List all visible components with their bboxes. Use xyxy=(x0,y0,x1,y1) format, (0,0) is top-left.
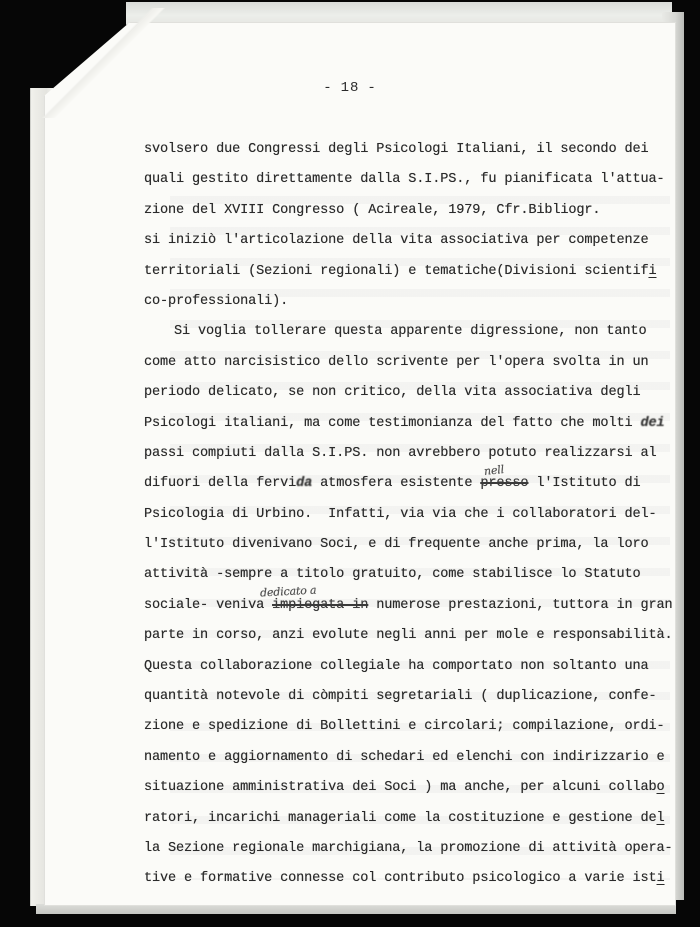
text-line: parte in corso, anzi evolute negli anni … xyxy=(144,621,684,651)
text-line: la Sezione regionale marchigiana, la pro… xyxy=(144,834,684,864)
underlined-char: l xyxy=(657,811,665,826)
text-line: territoriali (Sezioni regionali) e temat… xyxy=(144,257,684,287)
underlined-char: i xyxy=(657,871,665,886)
underlined-char: i xyxy=(648,264,656,279)
page-number: -18- xyxy=(0,80,700,96)
text-line: come atto narcisistico dello scrivente p… xyxy=(144,348,684,378)
page-stack-top-edge xyxy=(126,2,672,25)
text-segment: difuori della fervi xyxy=(144,476,296,491)
text-line: periodo delicato, se non critico, della … xyxy=(144,378,684,408)
text-segment: Psicologi italiani, ma come testimonianz… xyxy=(144,416,640,431)
text-line: ratori, incarichi manageriali come la co… xyxy=(144,804,684,834)
text-segment: situazione amministrativa dei Soci ) ma … xyxy=(144,780,657,795)
text-segment: atmosfera esistente xyxy=(312,476,480,491)
page-number-dash-right: - xyxy=(367,80,376,96)
underlined-char: o xyxy=(657,780,665,795)
handwritten-correction: dedicato a xyxy=(260,584,317,598)
text-line: Psicologi italiani, ma come testimonianz… xyxy=(144,409,684,439)
text-line: Questa collaborazione collegiale ha comp… xyxy=(144,652,684,682)
text-line: svolsero due Congressi degli Psicologi I… xyxy=(144,135,684,165)
text-segment: territoriali (Sezioni regionali) e temat… xyxy=(144,264,648,279)
scanned-document-stage: -18- svolsero due Congressi degli Psicol… xyxy=(0,0,700,927)
text-line: zione del XVIII Congresso ( Acireale, 19… xyxy=(144,196,684,226)
overstruck-letters: da xyxy=(296,469,312,499)
text-segment: ratori, incarichi manageriali come la co… xyxy=(144,811,657,826)
text-line: co-professionali). xyxy=(144,287,684,317)
text-line: namento e aggiornamento di schedari ed e… xyxy=(144,743,684,773)
text-line: tive e formative connesse col contributo… xyxy=(144,864,684,894)
text-line: passi compiuti dalla S.I.PS. non avrebbe… xyxy=(144,439,684,469)
text-line: l'Istituto divenivano Soci, e di frequen… xyxy=(144,530,684,560)
text-segment: tive e formative connesse col contributo… xyxy=(144,871,657,886)
text-line: si iniziò l'articolazione della vita ass… xyxy=(144,226,684,256)
page-number-value: 18 xyxy=(341,80,360,96)
text-line-with-correction: sociale- veniva impiegata in numerose pr… xyxy=(144,591,684,621)
struck-words: impiegata in xyxy=(272,598,368,613)
text-line: quali gestito direttamente dalla S.I.PS.… xyxy=(144,165,684,195)
smudged-word: dei xyxy=(640,409,664,439)
text-line: attività -sempre a titolo gratuito, come… xyxy=(144,560,684,590)
page-number-dash-left: - xyxy=(323,80,332,96)
text-segment: sociale- veniva xyxy=(144,598,272,613)
text-line: situazione amministrativa dei Soci ) ma … xyxy=(144,773,684,803)
text-line-with-correction: difuori della fervida atmosfera esistent… xyxy=(144,469,684,499)
handwritten-correction: nell xyxy=(483,464,504,477)
text-line: zione e spedizione di Bollettini e circo… xyxy=(144,712,684,742)
paragraph-start-line: Si voglia tollerare questa apparente dig… xyxy=(144,317,684,347)
struck-word: presso xyxy=(480,476,528,491)
text-line: Psicologia di Urbino. Infatti, via via c… xyxy=(144,500,684,530)
text-segment: l'Istituto di xyxy=(528,476,640,491)
body-text: svolsero due Congressi degli Psicologi I… xyxy=(144,135,684,895)
text-line: quantità notevole di còmpiti segretarial… xyxy=(144,682,684,712)
text-segment: numerose prestazioni, tuttora in gran xyxy=(368,598,672,613)
